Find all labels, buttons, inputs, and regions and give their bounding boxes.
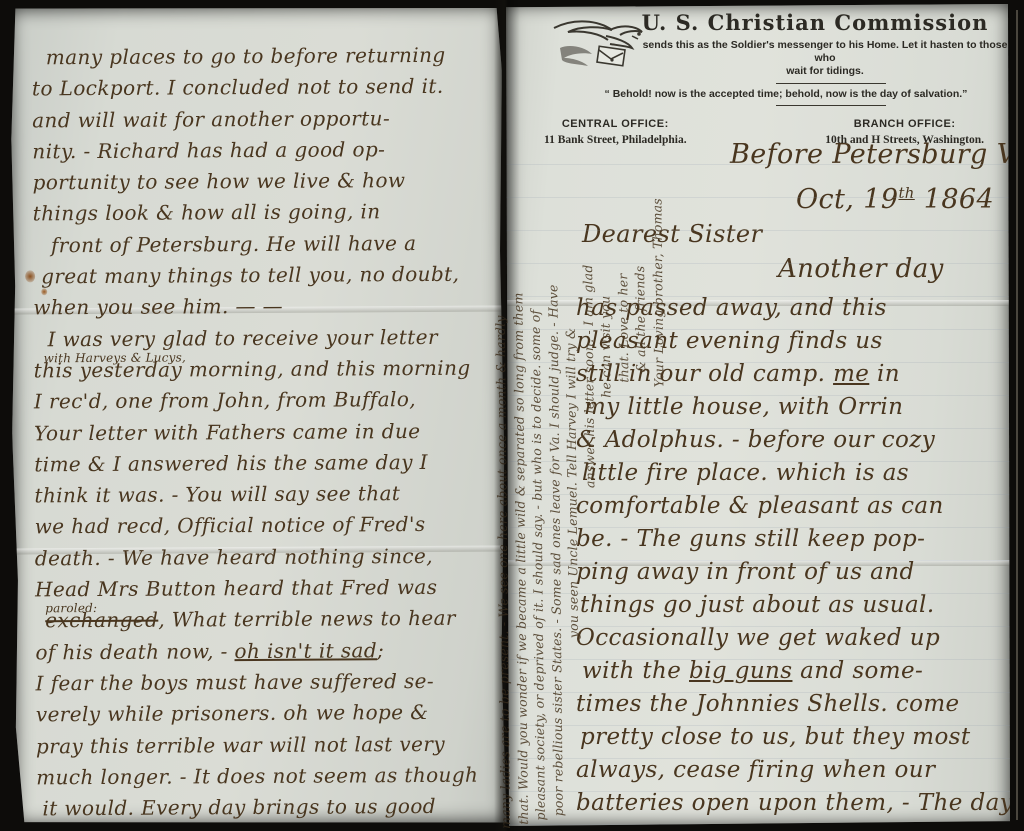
dateline: Before Petersburg Va,Oct, 19th 1864 (730, 136, 1024, 219)
handwritten-line: think it was. - You will say see that (34, 478, 496, 512)
handwritten-line: I fear the boys must have suffered se- (36, 665, 498, 699)
handwritten-line: nity. - Richard has had a good op- (32, 133, 494, 167)
handwritten-line: when you see him. — — (33, 290, 495, 324)
handwritten-line: we had recd, Official notice of Fred's (35, 509, 497, 543)
divider (776, 105, 886, 106)
handwritten-line: things look & how all is going, in (33, 196, 495, 230)
left-page: many places to go to before returningto … (10, 6, 507, 826)
letter-scan: many places to go to before returningto … (0, 0, 1024, 831)
handwritten-line: and will wait for another opportu- (32, 102, 494, 136)
handwritten-line: Head Mrs Button heard that Fred was (35, 572, 497, 606)
handwritten-line: pray this terrible war will not last ver… (36, 728, 498, 762)
handwritten-line: many places to go to before returning (32, 40, 494, 74)
handwritten-line: time & I answered his the same day I (34, 446, 496, 480)
page-edge (1016, 10, 1018, 820)
handwritten-line: much longer. - It does not seem as thoug… (36, 759, 498, 793)
handwritten-line: death. - We have heard nothing since, (35, 540, 497, 574)
handwritten-line: it would. Every day brings to us good (36, 791, 498, 825)
divider (776, 83, 886, 84)
handwritten-line: front of Petersburg. He will have a (33, 227, 495, 261)
handwritten-line: Oct, 19th 1864 (730, 174, 1024, 219)
handwritten-line: with Harveys & Lucys,this yesterday morn… (34, 353, 496, 387)
handwritten-line: paroled:exchanged, What terrible news to… (35, 603, 497, 637)
organization-title: U. S. Christian Commission (622, 10, 1008, 35)
handwritten-line: I rec'd, one from John, from Buffalo, (34, 384, 496, 418)
letterhead-tagline: sends this as the Soldier's messenger to… (642, 39, 1008, 78)
opening-words: Another day (778, 254, 944, 284)
left-page-handwriting: many places to go to before returningto … (32, 40, 499, 825)
margin-cross-writing: many ladies are to be present. - We see … (489, 32, 672, 829)
handwritten-line: great many things to tell you, no doubt, (33, 259, 495, 293)
handwritten-line: Before Petersburg Va, (730, 136, 1024, 174)
handwritten-line: portunity to see how we live & how (32, 165, 494, 199)
handwritten-line: to Lockport. I concluded not to send it. (32, 71, 494, 105)
handwritten-line: of his death now, - oh isn't it sad; (35, 634, 497, 668)
handwritten-line: verely while prisoners. oh we hope & (36, 697, 498, 731)
handwritten-line: Your letter with Fathers came in due (34, 415, 496, 449)
